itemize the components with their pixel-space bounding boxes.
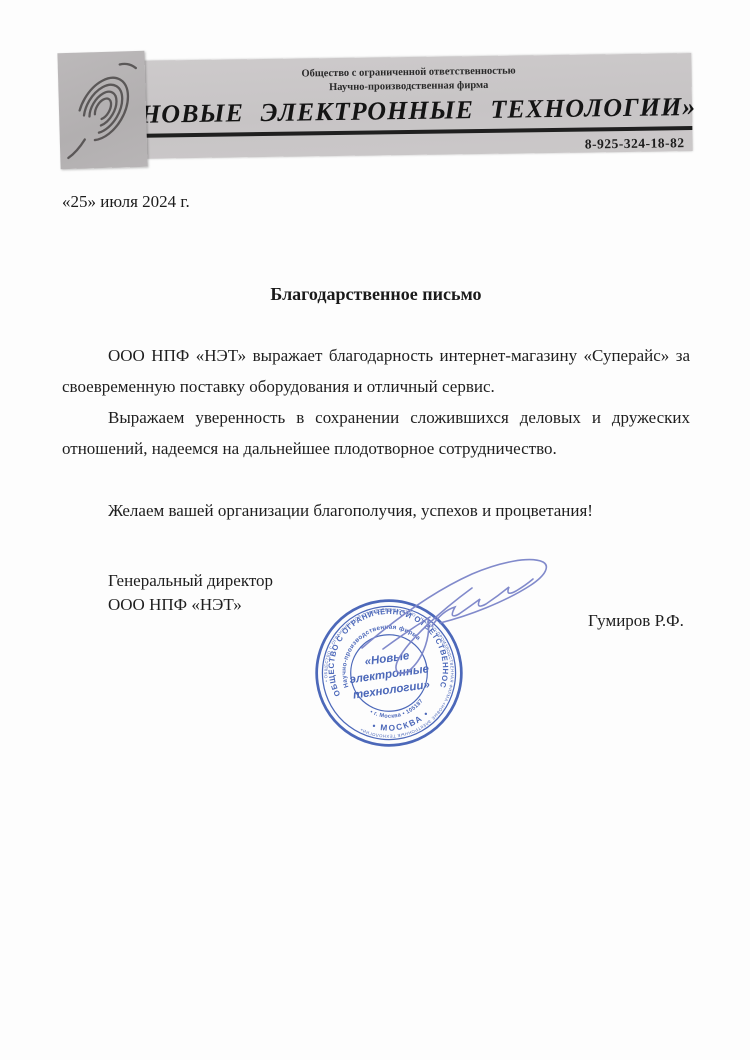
date-line: «25» июля 2024 г.: [62, 192, 190, 212]
phone-number: 8-925-324-18-82: [126, 135, 692, 159]
letterhead-banner: Общество с ограниченной ответственностью…: [125, 53, 692, 159]
signer-name: Гумиров Р.Ф.: [588, 611, 684, 631]
spiral-swirl-icon: [57, 51, 147, 169]
company-stamp: • ОБЩЕСТВО С ОГРАНИЧЕННОЙ ОТВЕТСТВЕННОСТ…: [303, 587, 475, 759]
company-logo: [57, 51, 147, 169]
paragraph-1: ООО НПФ «НЭТ» выражает благодарность инт…: [62, 340, 690, 402]
paragraph-2: Выражаем уверенность в сохранении сложив…: [62, 402, 690, 464]
letter-page: Общество с ограниченной ответственностью…: [0, 0, 750, 1060]
director-position-line2: ООО НПФ «НЭТ»: [108, 593, 273, 617]
paragraph-3: Желаем вашей организации благополучия, у…: [62, 495, 690, 526]
svg-text:«Новые: «Новые: [364, 650, 411, 668]
stamp-center-text: «Новые электронные технологии»: [347, 648, 433, 702]
letter-title: Благодарственное письмо: [62, 284, 690, 305]
stamp-city-text: • МОСКВА •: [369, 707, 433, 736]
signature-block: Генеральный директор ООО НПФ «НЭТ»: [108, 569, 273, 616]
director-position-line1: Генеральный директор: [108, 569, 273, 593]
company-name: «НОВЫЕ ЭЛЕКТРОННЫЕ ТЕХНОЛОГИИ»: [126, 92, 692, 130]
